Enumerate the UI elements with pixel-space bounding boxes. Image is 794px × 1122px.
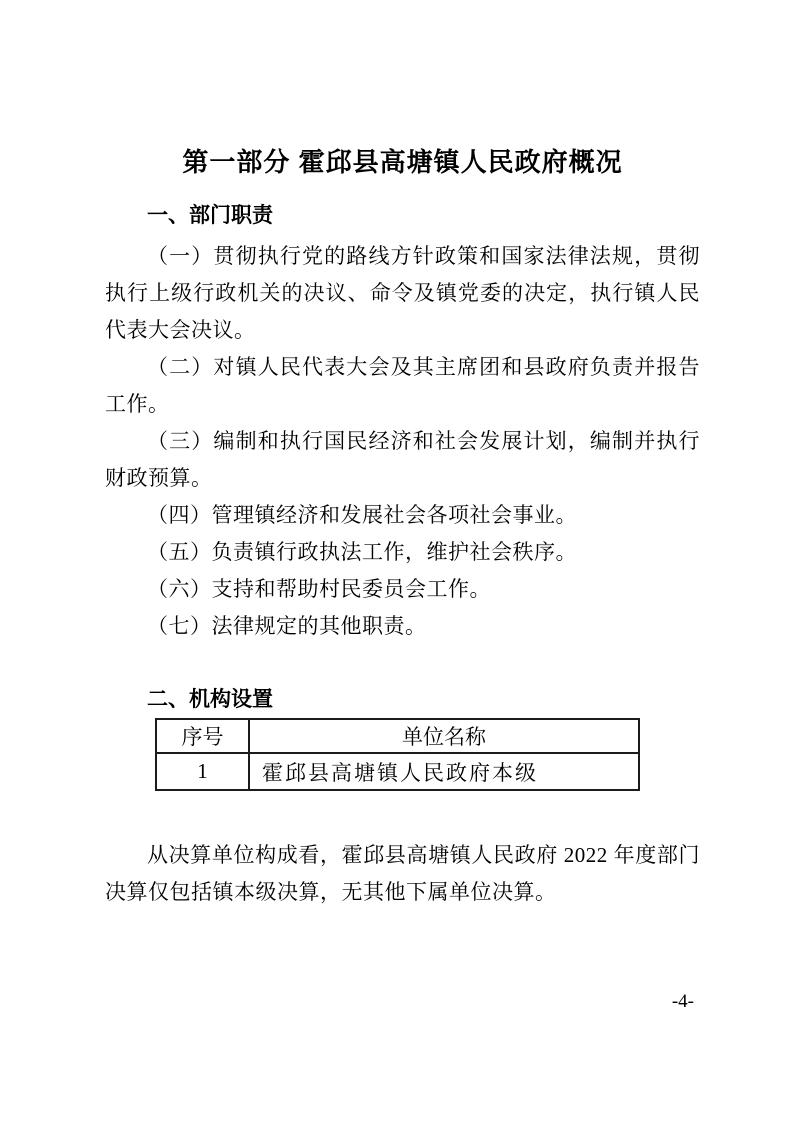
page-content: 第一部分 霍邱县高塘镇人民政府概况 一、部门职责 （一）贯彻执行党的路线方针政策…: [105, 0, 700, 911]
duty-paragraph-7: （七）法律规定的其他职责。: [105, 608, 700, 645]
duty-paragraph-3: （三）编制和执行国民经济和社会发展计划，编制并执行财政预算。: [105, 423, 700, 497]
table-header-row: 序号 单位名称: [156, 719, 639, 753]
duty-paragraph-6: （六）支持和帮助村民委员会工作。: [105, 571, 700, 608]
table-header-seq: 序号: [156, 719, 249, 753]
table-header-unit-name: 单位名称: [249, 719, 639, 753]
document-title: 第一部分 霍邱县高塘镇人民政府概况: [105, 144, 700, 180]
duty-paragraph-1: （一）贯彻执行党的路线方针政策和国家法律法规，贯彻执行上级行政机关的决议、命令及…: [105, 238, 700, 349]
duty-paragraph-2: （二）对镇人民代表大会及其主席团和县政府负责并报告工作。: [105, 349, 700, 423]
duty-paragraph-5: （五）负责镇行政执法工作，维护社会秩序。: [105, 534, 700, 571]
closing-paragraph: 从决算单位构成看，霍邱县高塘镇人民政府 2022 年度部门决算仅包括镇本级决算，…: [105, 837, 700, 911]
document-page: 第一部分 霍邱县高塘镇人民政府概况 一、部门职责 （一）贯彻执行党的路线方针政策…: [0, 0, 794, 1122]
section-1-heading: 一、部门职责: [105, 203, 700, 228]
duty-paragraph-4: （四）管理镇经济和发展社会各项社会事业。: [105, 497, 700, 534]
section-2-heading: 二、机构设置: [105, 687, 700, 712]
table-cell-seq: 1: [156, 753, 249, 790]
section-1-body: （一）贯彻执行党的路线方针政策和国家法律法规，贯彻执行上级行政机关的决议、命令及…: [105, 238, 700, 645]
table-row: 1 霍邱县高塘镇人民政府本级: [156, 753, 639, 790]
page-number: -4-: [672, 991, 694, 1013]
organization-table: 序号 单位名称 1 霍邱县高塘镇人民政府本级: [155, 718, 640, 791]
table-cell-unit-name: 霍邱县高塘镇人民政府本级: [249, 753, 639, 790]
